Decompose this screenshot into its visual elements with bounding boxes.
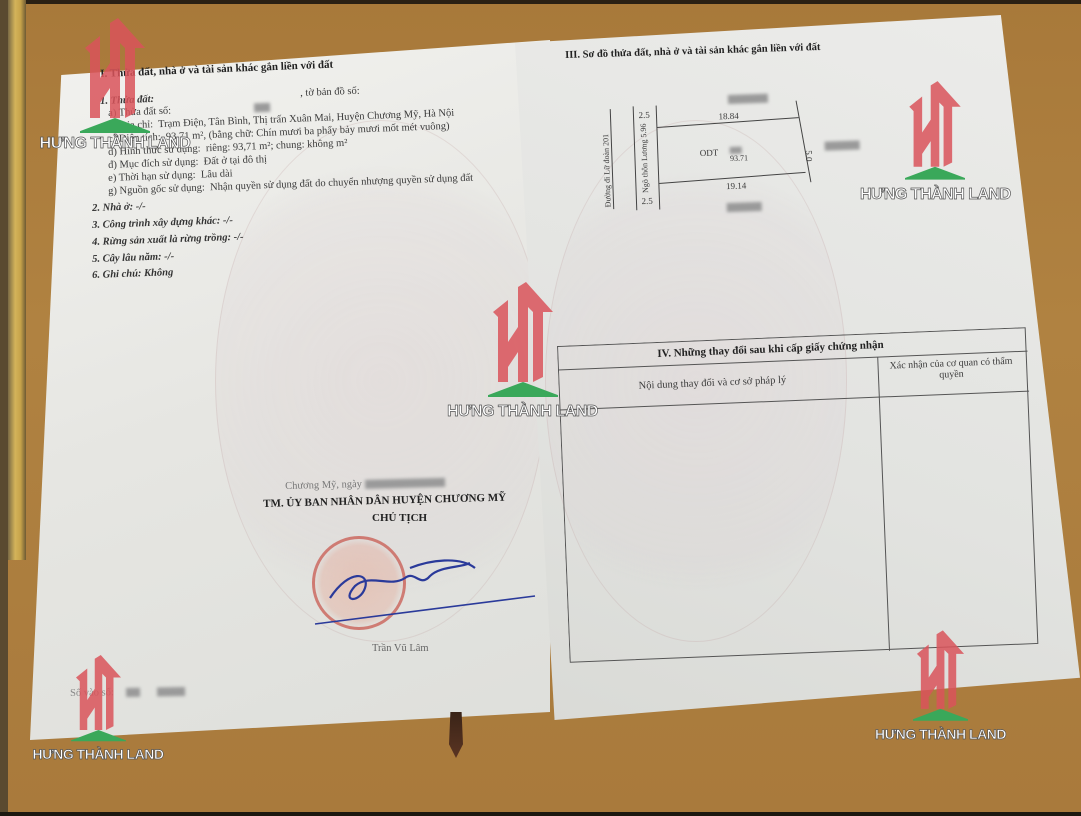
watermark-top-right: HƯNG THÀNH LAND <box>860 80 1010 204</box>
watermark-center: HƯNG THÀNH LAND <box>430 282 615 421</box>
brand-label: HƯNG THÀNH LAND <box>430 403 615 421</box>
ht-logo-icon <box>71 655 126 745</box>
right-edge-dim: 5.0 <box>804 150 814 162</box>
item-value: -/- <box>136 201 146 212</box>
redacted-date <box>365 478 445 489</box>
signature <box>310 548 540 628</box>
redacted-east-neighbor <box>825 140 860 150</box>
item-label: 6. Ghi chú: <box>92 268 142 281</box>
item-label: 2. Nhà ở: <box>92 202 133 214</box>
signer-name: Trần Vũ Lâm <box>372 643 429 654</box>
brand-label: HƯNG THÀNH LAND <box>868 726 1013 742</box>
watermark-top-left: HƯNG THÀNH LAND <box>30 18 200 153</box>
term-value: Lâu dài <box>201 168 233 180</box>
left-top-dim: 2.5 <box>638 110 650 120</box>
parcel-diagram: Đường đi Lữ đoàn 201 Ngõ thôn Lương 5.96… <box>598 91 862 225</box>
parcel-area: 93.71 <box>730 153 748 163</box>
ht-logo-icon <box>905 80 965 185</box>
item-value: -/- <box>223 215 233 226</box>
redacted-north-neighbor <box>728 94 768 104</box>
ht-logo-icon <box>488 282 558 402</box>
parcel-area-fraction: 93.71 <box>730 144 749 163</box>
brand-label: HƯNG THÀNH LAND <box>28 746 168 762</box>
bottom-edge-dim: 19.14 <box>726 180 747 191</box>
map-sheet-label: , tờ bản đồ số: <box>300 86 360 99</box>
bottom-border <box>0 812 1081 816</box>
bookmark-ribbon <box>449 712 463 758</box>
watermark-bottom-right: HƯNG THÀNH LAND <box>868 630 1013 742</box>
ht-logo-icon <box>80 18 150 138</box>
changes-table: IV. Những thay đổi sau khi cấp giấy chứn… <box>557 327 1039 664</box>
signer-title: CHỦ TỊCH <box>372 512 427 524</box>
ht-logo-icon <box>913 630 968 725</box>
parcel-code: ODT <box>700 147 719 158</box>
top-border <box>0 0 1081 4</box>
item-2: 2. Nhà ở: -/- <box>92 201 146 214</box>
redacted-parcel-number <box>254 103 270 113</box>
brand-label: HƯNG THÀNH LAND <box>860 186 1010 204</box>
redacted-parcel-id <box>730 146 742 153</box>
frame-edge-dark <box>0 0 8 816</box>
redacted-south-neighbor <box>727 202 762 212</box>
item-value: -/- <box>233 232 243 243</box>
item-value: Không <box>144 267 174 279</box>
date-label: Chương Mỹ, ngày <box>285 479 362 492</box>
left-bottom-dim: 2.5 <box>641 196 653 206</box>
gold-frame-edge <box>8 0 26 560</box>
top-edge-dim: 18.84 <box>718 111 739 122</box>
brand-label: HƯNG THÀNH LAND <box>30 135 200 153</box>
item-value: -/- <box>164 251 174 262</box>
purpose-value: Đất ở tại đô thị <box>203 154 267 167</box>
watermark-bottom-left: HƯNG THÀNH LAND <box>28 655 168 762</box>
